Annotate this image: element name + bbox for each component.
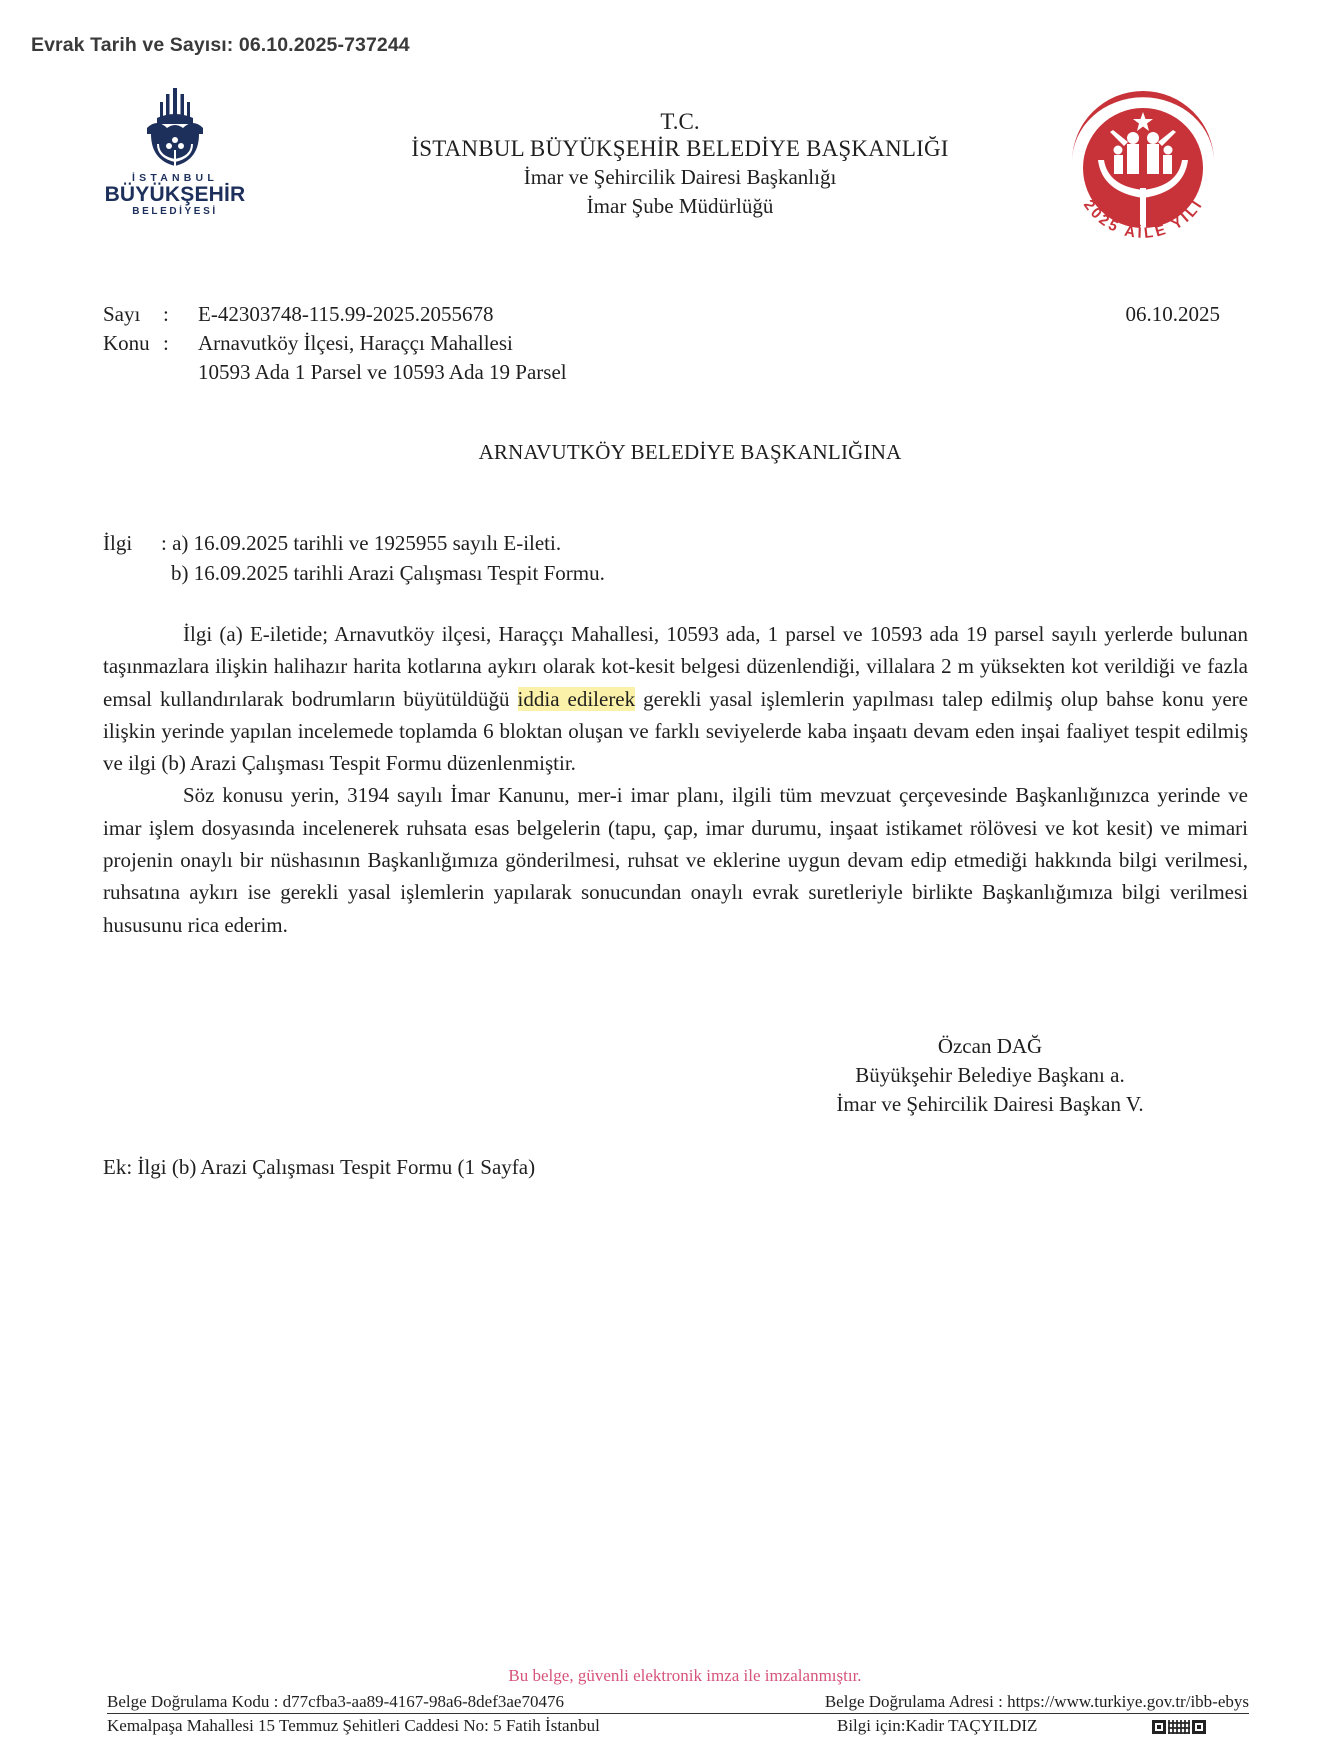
signatory-title-2: İmar ve Şehircilik Dairesi Başkan V. [790, 1090, 1190, 1119]
ilgi-item-a: : a) 16.09.2025 tarihli ve 1925955 sayıl… [161, 528, 561, 558]
letter-body: İlgi (a) E-iletide; Arnavutköy ilçesi, H… [103, 618, 1248, 941]
header-tc: T.C. [340, 108, 1020, 135]
konu-row-2: 10593 Ada 1 Parsel ve 10593 Ada 19 Parse… [103, 358, 567, 387]
sayi-separator: : [163, 300, 198, 329]
aile-yili-emblem-icon: 2025 AİLE YILI [1058, 84, 1228, 254]
signature-block: Özcan DAĞ Büyükşehir Belediye Başkanı a.… [790, 1032, 1190, 1119]
konu-line1: Arnavutköy İlçesi, Haraççı Mahallesi [198, 329, 513, 358]
addressee-text: ARNAVUTKÖY BELEDİYE BAŞKANLIĞINA [479, 440, 902, 464]
paragraph-1: İlgi (a) E-iletide; Arnavutköy ilçesi, H… [103, 618, 1248, 779]
meta-block: Sayı : E-42303748-115.99-2025.2055678 Ko… [103, 300, 567, 387]
sayi-label: Sayı [103, 300, 163, 329]
qr-code-icon [1152, 1720, 1210, 1736]
konu-row: Konu : Arnavutköy İlçesi, Haraççı Mahall… [103, 329, 567, 358]
document-reference: Evrak Tarih ve Sayısı: 06.10.2025-737244 [31, 34, 410, 57]
signatory-name: Özcan DAĞ [790, 1032, 1190, 1061]
ilgi-block: İlgi : a) 16.09.2025 tarihli ve 1925955 … [103, 528, 605, 588]
verification-address[interactable]: Belge Doğrulama Adresi : https://www.tur… [825, 1692, 1249, 1712]
footer-contact: Kemalpaşa Mahallesi 15 Temmuz Şehitleri … [107, 1716, 1249, 1736]
konu-line2: 10593 Ada 1 Parsel ve 10593 Ada 19 Parse… [198, 358, 567, 387]
konu-separator: : [163, 329, 198, 358]
letterhead: T.C. İSTANBUL BÜYÜKŞEHİR BELEDİYE BAŞKAN… [340, 108, 1020, 221]
contact-info: Bilgi için:Kadir TAÇYILDIZ [837, 1716, 1137, 1736]
ilgi-item-b: b) 16.09.2025 tarihli Arazi Çalışması Te… [171, 558, 605, 588]
ibb-logo: İSTANBUL BÜYÜKŞEHİR BELEDİYESİ [100, 88, 250, 217]
paragraph-2: Söz konusu yerin, 3194 sayılı İmar Kanun… [103, 779, 1248, 940]
signatory-title-1: Büyükşehir Belediye Başkanı a. [790, 1061, 1190, 1090]
ibb-logo-line3: BELEDİYESİ [100, 206, 250, 217]
highlighted-text: iddia edilerek [518, 687, 636, 711]
sayi-value: E-42303748-115.99-2025.2055678 [198, 300, 494, 329]
footer-verification: Belge Doğrulama Kodu : d77cfba3-aa89-416… [107, 1692, 1249, 1714]
ibb-emblem-icon [143, 88, 207, 168]
sayi-row: Sayı : E-42303748-115.99-2025.2055678 [103, 300, 567, 329]
ilgi-label: İlgi [103, 528, 161, 558]
header-organization: İSTANBUL BÜYÜKŞEHİR BELEDİYE BAŞKANLIĞI [340, 135, 1020, 163]
konu-label: Konu [103, 329, 163, 358]
verification-code: Belge Doğrulama Kodu : d77cfba3-aa89-416… [107, 1692, 564, 1712]
addressee: ARNAVUTKÖY BELEDİYE BAŞKANLIĞINA [0, 440, 1340, 465]
ibb-logo-line2: BÜYÜKŞEHİR [100, 184, 250, 206]
office-address: Kemalpaşa Mahallesi 15 Temmuz Şehitleri … [107, 1716, 837, 1736]
document-date: 06.10.2025 [1126, 300, 1221, 329]
attachment-note: Ek: İlgi (b) Arazi Çalışması Tespit Form… [103, 1155, 535, 1180]
header-branch: İmar Şube Müdürlüğü [340, 192, 1020, 221]
e-signature-note: Bu belge, güvenli elektronik imza ile im… [0, 1666, 1340, 1686]
header-department: İmar ve Şehircilik Dairesi Başkanlığı [340, 163, 1020, 192]
aile-yili-logo: 2025 AİLE YILI [1058, 84, 1228, 254]
